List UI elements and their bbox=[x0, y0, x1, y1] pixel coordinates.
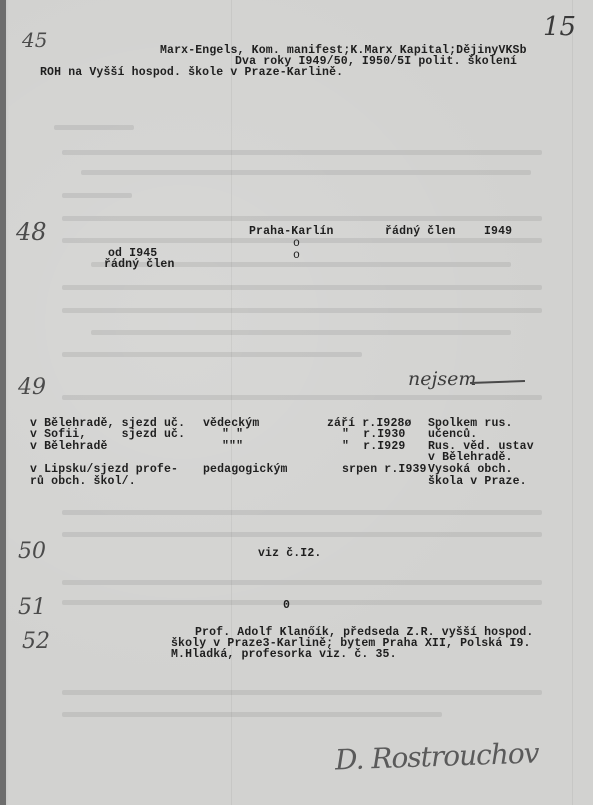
margin-number: 52 bbox=[22, 632, 50, 652]
show-through-text bbox=[62, 238, 542, 243]
membership-status: řádný člen bbox=[385, 226, 456, 237]
show-through-text bbox=[62, 580, 542, 585]
congress-type: " " bbox=[222, 429, 243, 440]
empty-marker: o bbox=[293, 238, 300, 249]
show-through-text bbox=[91, 330, 511, 335]
margin-number: 50 bbox=[18, 542, 46, 562]
item-51-value: 0 bbox=[283, 600, 290, 611]
page-number: 15 bbox=[543, 12, 576, 42]
congress-organizer: Vysoká obch. bbox=[428, 464, 513, 475]
congress-place: v Bělehradě bbox=[30, 441, 108, 452]
membership-year: I949 bbox=[484, 226, 512, 237]
congress-date: " r.I929 bbox=[342, 441, 405, 452]
show-through-text bbox=[81, 170, 531, 175]
congress-organizer: učenců. bbox=[428, 429, 477, 440]
congress-place: rů obch. škol/. bbox=[30, 476, 136, 487]
membership-place: Praha-Karlín bbox=[249, 226, 334, 237]
show-through-text bbox=[62, 600, 542, 605]
show-through-text bbox=[62, 690, 542, 695]
show-through-text bbox=[54, 125, 134, 130]
header-line-3: ROH na Vyšší hospod. škole v Praze-Karli… bbox=[40, 67, 343, 78]
congress-place: v Sofii, sjezd uč. bbox=[30, 429, 185, 440]
document-page bbox=[6, 0, 593, 805]
congress-organizer: škola v Praze. bbox=[428, 476, 527, 487]
congress-type: pedagogickým bbox=[203, 464, 288, 475]
show-through-text bbox=[62, 150, 542, 155]
margin-number: 51 bbox=[18, 598, 46, 618]
show-through-text bbox=[62, 712, 442, 717]
show-through-text bbox=[62, 193, 132, 198]
reference-note: viz č.I2. bbox=[258, 548, 321, 559]
show-through-text bbox=[62, 395, 542, 400]
show-through-text bbox=[62, 216, 542, 221]
margin-number: 49 bbox=[18, 378, 46, 398]
empty-marker: o bbox=[293, 250, 300, 261]
show-through-text bbox=[62, 285, 542, 290]
show-through-text bbox=[62, 532, 542, 537]
show-through-text bbox=[62, 510, 542, 515]
congress-organizer: v Bělehradě. bbox=[428, 452, 513, 463]
margin-number: 48 bbox=[16, 222, 47, 242]
show-through-text bbox=[62, 352, 362, 357]
congress-date: srpen r.I939 bbox=[342, 464, 427, 475]
handwritten-annotation: nejsem bbox=[408, 368, 476, 390]
congress-type: """ bbox=[222, 441, 243, 452]
margin-number: 45 bbox=[22, 30, 47, 50]
congress-place: v Lipsku/sjezd profe- bbox=[30, 464, 178, 475]
fold-line bbox=[231, 0, 232, 805]
fold-line bbox=[572, 0, 573, 805]
witness-line-3: M.Hladká, profesorka viz. č. 35. bbox=[171, 649, 397, 660]
congress-date: " r.I930 bbox=[342, 429, 405, 440]
show-through-text bbox=[62, 308, 542, 313]
member-since-status: řádný člen bbox=[104, 259, 175, 270]
